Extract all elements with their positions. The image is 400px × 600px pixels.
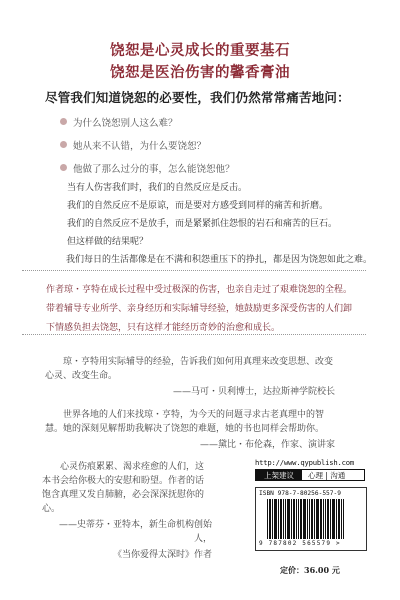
publisher-url: http://www.qypublish.com [255,458,365,467]
endorsement-body: 琼・亨特用实际辅导的经验，告诉我们如何用真理来改变思想、改变心灵、改变生命。 [45,355,335,383]
shelf-categories: 心理 | 沟通 [302,470,345,480]
barcode-bars-icon [259,499,363,539]
publisher-info: http://www.qypublish.com 上架建议 心理 | 沟通 [255,458,365,481]
question-list: 为什么饶恕别人这么难？ 她从来不认错，为什么要饶恕？ 他做了那么过分的事，怎么能… [60,110,235,179]
reaction-line: 我们的自然反应不是放手，而是紧紧抓住怨恨的岩石和痛苦的巨石。 [67,216,337,229]
dotted-divider-top [22,270,366,271]
author-note-line: 带着辅导专业所学、亲身经历和实际辅导经验，她鼓励更多深受伤害的人们卸 [46,301,352,314]
question-item: 为什么饶恕别人这么难？ [60,110,235,133]
headline-1: 饶恕是心灵成长的重要基石 [0,39,400,60]
price-label: 定价：36.00 元 [280,565,340,576]
shelf-suggestion: 上架建议 心理 | 沟通 [255,469,365,481]
question-text: 他做了那么过分的事，怎么能饶恕他？ [73,161,235,175]
endorsement-2: 世界各地的人们来找琼・亨特，为今天的问题寻求古老真理中的智慧。她的深刻见解帮助我… [45,408,335,452]
endorsement-attribution-book: 《当你爱得太深时》作者 [42,548,212,562]
bullet-dot-icon [60,164,67,171]
question-text: 为什么饶恕别人这么难？ [73,115,178,129]
author-note-line: 作者琼・亨特在成长过程中受过极深的伤害，也亲自走过了艰难饶恕的全程。 [46,282,352,295]
question-intro: 尽管我们知道饶恕的必要性，我们仍然常常痛苦地问： [45,88,350,106]
headline-2: 饶恕是医治伤害的馨香膏油 [0,61,400,82]
endorsement-body: 世界各地的人们来找琼・亨特，为今天的问题寻求古老真理中的智慧。她的深刻见解帮助我… [45,408,335,436]
dotted-divider-bottom [22,334,366,335]
endorsement-attribution: ——马可・贝利博士，达拉斯神学院校长 [45,385,335,399]
bullet-dot-icon [60,141,67,148]
reaction-line: 但这样做的结果呢？ [67,234,148,247]
ean-digits: 9 787802 565579 > [259,540,363,547]
question-item: 她从来不认错，为什么要饶恕？ [60,133,235,156]
endorsement-body: 心灵伤痕累累、渴求痊愈的人们，这本书会给你极大的安慰和盼望。作者的话饱含真理又发… [42,460,212,516]
reaction-line: 我们的自然反应不是原谅，而是要对方感受到同样的痛苦和折磨。 [67,198,328,211]
question-item: 他做了那么过分的事，怎么能饶恕他？ [60,156,235,179]
author-note-line: 下情感负担去饶恕，只有这样才能经历奇妙的治愈和成长。 [46,320,280,333]
endorsement-attribution: ——黛比・布伦森，作家、演讲家 [45,438,335,452]
endorsement-attribution: ——史蒂芬・亚特本，新生命机构创始人， [42,518,212,546]
bullet-dot-icon [60,118,67,125]
reaction-line: 我们每日的生活都像是在不满和积怨重压下的挣扎，都是因为饶恕如此之难。 [66,252,372,265]
isbn-number: ISBN 978-7-80256-557-9 [259,490,363,497]
endorsement-3: 心灵伤痕累累、渴求痊愈的人们，这本书会给你极大的安慰和盼望。作者的话饱含真理又发… [42,460,212,562]
isbn-barcode: ISBN 978-7-80256-557-9 9 787802 565579 > [255,487,367,551]
question-text: 她从来不认错，为什么要饶恕？ [73,138,206,152]
shelf-label: 上架建议 [256,470,302,480]
reaction-line: 当有人伤害我们时，我们的自然反应是反击。 [67,180,247,193]
endorsement-1: 琼・亨特用实际辅导的经验，告诉我们如何用真理来改变思想、改变心灵、改变生命。 —… [45,355,335,399]
